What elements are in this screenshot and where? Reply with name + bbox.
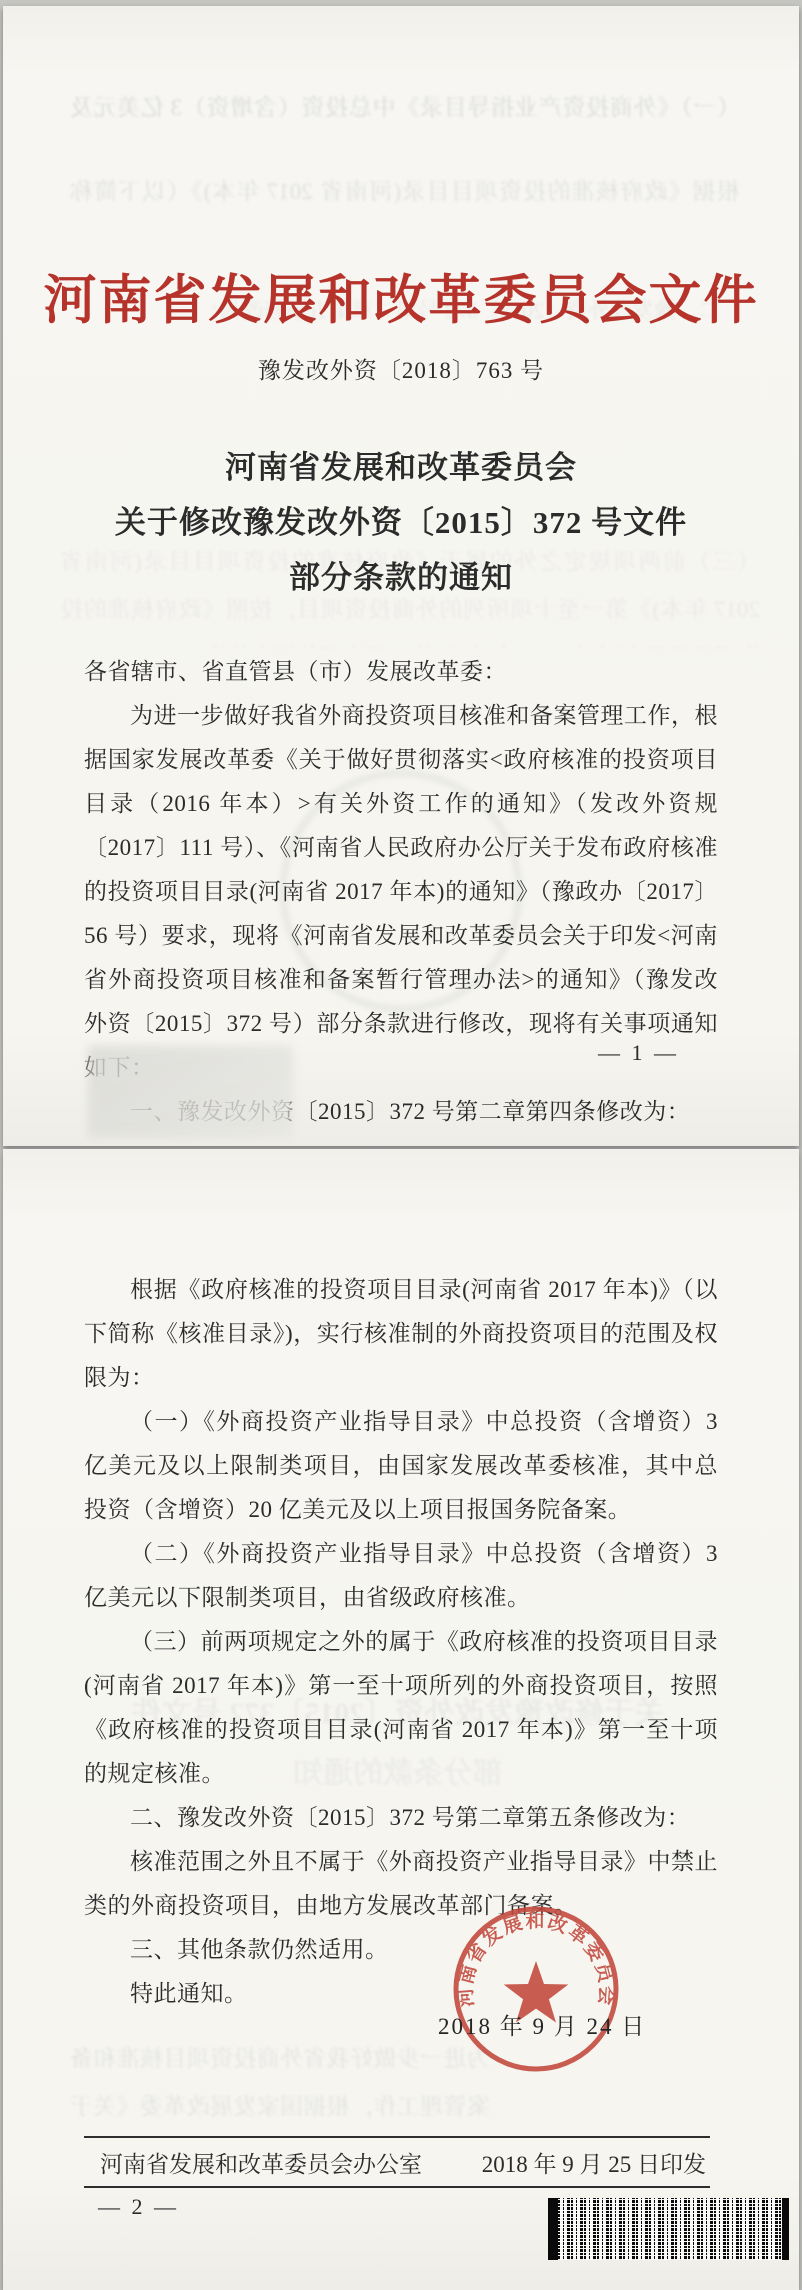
document-title: 河南省发展和改革委员会 关于修改豫发改外资〔2015〕372 号文件 部分条款的… <box>0 440 802 605</box>
page-number-1: — 1 — <box>598 1040 679 1066</box>
footer: 河南省发展和改革委员会办公室 2018 年 9 月 25 日印发 <box>84 2146 710 2179</box>
scan-artifact <box>88 1046 293 1138</box>
document-title-line-2: 关于修改豫发改外资〔2015〕372 号文件 <box>0 495 802 550</box>
document-number: 豫发改外资〔2018〕763 号 <box>0 352 802 385</box>
paragraph: （二）《外商投资产业指导目录》中总投资（含增资）3 亿美元以下限制类项目，由省级… <box>84 1532 718 1620</box>
page-2-body: 根据《政府核准的投资项目目录(河南省 2017 年本)》（以下简称《核准目录》)… <box>84 1268 718 2016</box>
footer-divider <box>84 2136 710 2138</box>
print-date: 2018 年 9 月 25 日印发 <box>482 2146 710 2179</box>
issue-date: 2018 年 9 月 24 日 <box>438 2008 646 2041</box>
issuing-office: 河南省发展和改革委员会办公室 <box>84 2146 422 2179</box>
paragraph: 三、其他条款仍然适用。 <box>84 1928 718 1972</box>
paragraph: （一）《外商投资产业指导目录》中总投资（含增资）3 亿美元及以上限制类项目，由国… <box>84 1400 718 1532</box>
red-header-banner: 河南省发展和改革委员会文件 <box>0 258 802 334</box>
paragraph: 二、豫发改外资〔2015〕372 号第二章第五条修改为： <box>84 1796 718 1840</box>
document-title-line-1: 河南省发展和改革委员会 <box>0 440 802 495</box>
page-number-2: — 2 — <box>98 2194 179 2220</box>
salutation: 各省辖市、省直管县（市）发展改革委： <box>84 650 718 694</box>
paragraph: 根据《政府核准的投资项目目录(河南省 2017 年本)》（以下简称《核准目录》)… <box>84 1268 718 1400</box>
official-seal: 河南省发展和改革委员会 <box>450 1903 622 2075</box>
barcode <box>548 2198 789 2260</box>
scanned-document: （一）《外商投资产业指导目录》中总投资（含增资）3 亿美元及以上限制类项目，由国… <box>0 0 802 2290</box>
paragraph: 核准范围之外且不属于《外商投资产业指导目录》中禁止类的外商投资项目，由地方发展改… <box>84 1840 718 1928</box>
footer-divider <box>84 2186 710 2188</box>
document-title-line-3: 部分条款的通知 <box>0 550 802 605</box>
paragraph: （三）前两项规定之外的属于《政府核准的投资项目目录(河南省 2017 年本)》第… <box>84 1620 718 1796</box>
paragraph: 为进一步做好我省外商投资项目核准和备案管理工作，根据国家发展改革委《关于做好贯彻… <box>84 694 718 1090</box>
